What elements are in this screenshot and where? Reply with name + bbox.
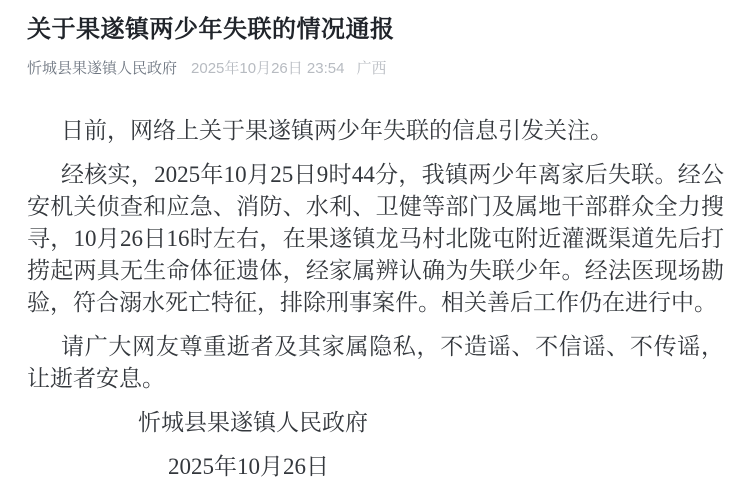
notice-sign-date: 2025年10月26日 (27, 451, 724, 483)
publisher-name[interactable]: 忻城县果遂镇人民政府 (27, 60, 177, 77)
article-meta: 忻城县果遂镇人民政府2025年10月26日 23:54广西 (27, 61, 724, 77)
notice-paragraph-findings: 经核实，2025年10月25日9时44分，我镇两少年离家后失联。经公安机关侦查和… (27, 159, 724, 319)
publish-location: 广西 (356, 60, 386, 77)
publish-datetime: 2025年10月26日 23:54 (191, 60, 344, 77)
notice-paragraph-intro: 日前，网络上关于果遂镇两少年失联的信息引发关注。 (27, 115, 724, 147)
notice-article: 关于果遂镇两少年失联的情况通报 忻城县果遂镇人民政府2025年10月26日 23… (0, 0, 751, 492)
notice-signature: 忻城县果遂镇人民政府 (27, 407, 724, 439)
article-body: 日前，网络上关于果遂镇两少年失联的信息引发关注。 经核实，2025年10月25日… (27, 115, 724, 483)
notice-paragraph-appeal: 请广大网友尊重逝者及其家属隐私，不造谣、不信谣、不传谣，让逝者安息。 (27, 331, 724, 395)
article-title: 关于果遂镇两少年失联的情况通报 (27, 0, 724, 44)
